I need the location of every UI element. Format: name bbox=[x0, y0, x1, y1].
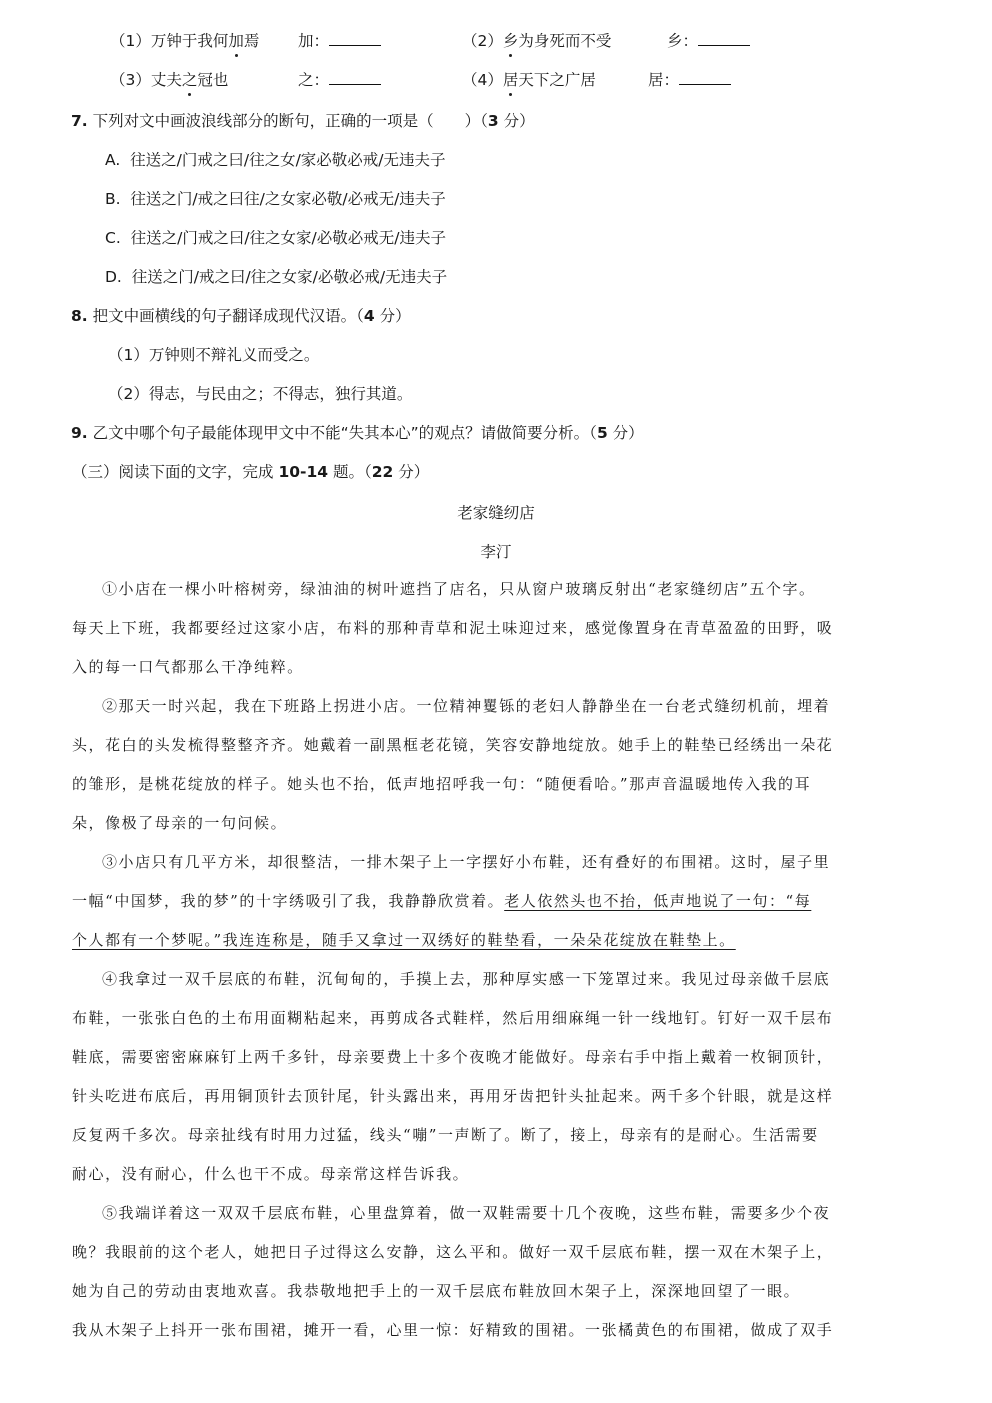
paragraph-1-line-3: 入的每一口气都那么干净纯粹。 bbox=[72, 657, 304, 677]
item-number: （2） bbox=[108, 385, 149, 403]
section-text: 题。（ bbox=[328, 463, 372, 481]
q6-item-4-answer: 居： bbox=[648, 70, 731, 90]
item-number: （3） bbox=[110, 71, 151, 89]
paragraph-1-line-2: 每天上下班，我都要经过这家小店，布料的那种青草和泥土味迎过来，感觉像置身在青草盈… bbox=[72, 618, 833, 638]
paragraph-2-line-4: 朵，像极了母亲的一句问候。 bbox=[72, 813, 287, 833]
answer-blank[interactable] bbox=[698, 31, 750, 46]
item-text: 得志，与民由之；不得志，独行其道。 bbox=[149, 385, 413, 403]
question-range: 10-14 bbox=[278, 463, 328, 481]
paragraph-4-line-3: 鞋底，需要密密麻麻钉上两千多针，母亲要费上十多个夜晚才能做好。母亲右手中指上戴着… bbox=[72, 1047, 833, 1067]
plain-text: 一幅“中国梦，我的梦”的十字绣吸引了我，我静静欣赏着。 bbox=[72, 892, 504, 910]
paragraph-3-line-3: 个人都有一个梦呢。”我连连称是，随手又拿过一双绣好的鞋垫看，一朵朵花绽放在鞋垫上… bbox=[72, 930, 736, 950]
item-text: 天下之广居 bbox=[518, 71, 596, 89]
item-text: 冠也 bbox=[197, 71, 228, 89]
paragraph-2-line-1: ②那天一时兴起，我在下班路上拐进小店。一位精神矍铄的老妇人静静坐在一台老式缝纫机… bbox=[102, 696, 830, 716]
paragraph-1-line-1: ①小店在一棵小叶榕树旁，绿油油的树叶遮挡了店名，只从窗户玻璃反射出“老家缝纫店”… bbox=[102, 579, 816, 599]
option-text: 往送之门/戒之曰往/之女家必敬/必戒无/违夫子 bbox=[130, 190, 445, 208]
underlined-sentence: 个人都有一个梦呢。”我连连称是，随手又拿过一双绣好的鞋垫看，一朵朵花绽放在鞋垫上… bbox=[72, 931, 736, 949]
question-8: 8. 把文中画横线的句子翻译成现代汉语。（4 分） bbox=[71, 306, 411, 326]
option-label: B. bbox=[105, 190, 121, 208]
option-text: 往送之门/戒之曰/往之女家/必敬必戒/无违夫子 bbox=[132, 268, 447, 286]
item-number: （4） bbox=[462, 71, 503, 89]
paragraph-5-line-1: ⑤我端详着这一双双千层底布鞋，心里盘算着，做一双鞋需要十几个夜晚，这些布鞋，需要… bbox=[102, 1203, 830, 1223]
answer-blank[interactable] bbox=[329, 31, 381, 46]
question-stem: 乙文中哪个句子最能体现甲文中不能“失其本心”的观点？请做简要分析。（ bbox=[93, 424, 597, 442]
q6-item-3: （3）丈夫之冠也 bbox=[110, 70, 228, 90]
item-text: 万钟则不辩礼义而受之。 bbox=[149, 346, 320, 364]
question-number: 9. bbox=[71, 424, 88, 442]
item-number: （2） bbox=[462, 32, 503, 50]
q7-option-d[interactable]: D. 往送之门/戒之曰/往之女家/必敬必戒/无违夫子 bbox=[105, 267, 447, 287]
question-score: 4 bbox=[364, 307, 375, 325]
emphasis-char: 之 bbox=[182, 70, 198, 90]
question-stem: 把文中画横线的句子翻译成现代汉语。（ bbox=[93, 307, 364, 325]
q6-item-2: （2）乡为身死而不受 bbox=[462, 31, 611, 51]
question-7: 7. 下列对文中画波浪线部分的断句，正确的一项是（ ）（3 分） bbox=[71, 111, 535, 131]
option-text: 往送之/门戒之曰/往之女/家必敬必戒/无违夫子 bbox=[130, 151, 445, 169]
section-3-heading: （三）阅读下面的文字，完成 10-14 题。（22 分） bbox=[72, 462, 429, 482]
score-suffix: 分） bbox=[499, 112, 535, 130]
question-number: 7. bbox=[71, 112, 88, 130]
q6-item-4: （4）居天下之广居 bbox=[462, 70, 596, 90]
q6-item-3-answer: 之： bbox=[298, 70, 381, 90]
item-number: （1） bbox=[108, 346, 149, 364]
paragraph-3-line-1: ③小店只有几平方米，却很整洁，一排木架子上一字摆好小布鞋，还有叠好的布围裙。这时… bbox=[102, 852, 830, 872]
item-text: 万钟于我何 bbox=[151, 32, 229, 50]
answer-blank[interactable] bbox=[329, 70, 381, 85]
answer-label: 之： bbox=[298, 71, 329, 89]
answer-label: 居： bbox=[648, 71, 679, 89]
q7-option-c[interactable]: C. 往送之/门戒之曰/往之女家/必敬必戒无/违夫子 bbox=[105, 228, 446, 248]
q8-item-1: （1）万钟则不辩礼义而受之。 bbox=[108, 345, 319, 365]
q7-option-a[interactable]: A. 往送之/门戒之曰/往之女/家必敬必戒/无违夫子 bbox=[105, 150, 446, 170]
q8-item-2: （2）得志，与民由之；不得志，独行其道。 bbox=[108, 384, 412, 404]
q6-item-1-answer: 加： bbox=[298, 31, 381, 51]
paragraph-6-line-1: 我从木架子上抖开一张布围裙，摊开一看，心里一惊：好精致的围裙。一张橘黄色的布围裙… bbox=[72, 1320, 833, 1340]
section-score: 22 bbox=[372, 463, 394, 481]
paragraph-2-line-2: 头，花白的头发梳得整整齐齐。她戴着一副黑框老花镜，笑容安静地绽放。她手上的鞋垫已… bbox=[72, 735, 833, 755]
paragraph-4-line-2: 布鞋，一张张白色的土布用面糊粘起来，再剪成各式鞋样，然后用细麻绳一针一线地钉。钉… bbox=[72, 1008, 833, 1028]
option-text: 往送之/门戒之曰/往之女家/必敬必戒无/违夫子 bbox=[131, 229, 446, 247]
paragraph-5-line-3: 她为自己的劳动由衷地欢喜。我恭敬地把手上的一双千层底布鞋放回木架子上，深深地回望… bbox=[72, 1281, 800, 1301]
answer-label: 加： bbox=[298, 32, 329, 50]
q6-item-2-answer: 乡： bbox=[667, 31, 750, 51]
article-title: 老家缝纫店 bbox=[0, 501, 992, 523]
option-label: D. bbox=[105, 268, 122, 286]
paragraph-4-line-6: 耐心，没有耐心，什么也干不成。母亲常这样告诉我。 bbox=[72, 1164, 469, 1184]
question-number: 8. bbox=[71, 307, 88, 325]
answer-label: 乡： bbox=[667, 32, 698, 50]
emphasis-char: 乡 bbox=[503, 31, 519, 51]
item-text: 为身死而不受 bbox=[518, 32, 611, 50]
emphasis-char: 居 bbox=[503, 70, 519, 90]
item-text: 焉 bbox=[244, 32, 260, 50]
section-text: （三）阅读下面的文字，完成 bbox=[72, 463, 278, 481]
q6-item-1: （1）万钟于我何加焉 bbox=[110, 31, 259, 51]
q7-option-b[interactable]: B. 往送之门/戒之曰往/之女家必敬/必戒无/违夫子 bbox=[105, 189, 446, 209]
paragraph-3-line-2: 一幅“中国梦，我的梦”的十字绣吸引了我，我静静欣赏着。老人依然头也不抬，低声地说… bbox=[72, 891, 811, 911]
option-label: C. bbox=[105, 229, 121, 247]
question-stem: 下列对文中画波浪线部分的断句，正确的一项是（ ）（ bbox=[93, 112, 488, 130]
question-9: 9. 乙文中哪个句子最能体现甲文中不能“失其本心”的观点？请做简要分析。（5 分… bbox=[71, 423, 644, 443]
question-score: 5 bbox=[597, 424, 608, 442]
emphasis-char: 加 bbox=[228, 31, 244, 51]
option-label: A. bbox=[105, 151, 120, 169]
item-number: （1） bbox=[110, 32, 151, 50]
score-suffix: 分） bbox=[608, 424, 644, 442]
score-suffix: 分） bbox=[375, 307, 411, 325]
question-score: 3 bbox=[488, 112, 499, 130]
paragraph-2-line-3: 的雏形，是桃花绽放的样子。她头也不抬，低声地招呼我一句：“随便看哈。”那声音温暖… bbox=[72, 774, 811, 794]
paragraph-4-line-4: 针头吃进布底后，再用铜顶针去顶针尾，针头露出来，再用牙齿把针头扯起来。两千多个针… bbox=[72, 1086, 833, 1106]
answer-blank[interactable] bbox=[679, 70, 731, 85]
paragraph-4-line-5: 反复两千多次。母亲扯线有时用力过猛，线头“嘣”一声断了。断了，接上，母亲有的是耐… bbox=[72, 1125, 819, 1145]
item-text: 丈夫 bbox=[151, 71, 182, 89]
score-suffix: 分） bbox=[393, 463, 429, 481]
paragraph-5-line-2: 晚？我眼前的这个老人，她把日子过得这么安静，这么平和。做好一双千层底布鞋，摆一双… bbox=[72, 1242, 833, 1262]
article-author: 李汀 bbox=[0, 540, 992, 562]
underlined-sentence: 老人依然头也不抬，低声地说了一句：“每 bbox=[504, 892, 811, 910]
paragraph-4-line-1: ④我拿过一双千层底的布鞋，沉甸甸的，手摸上去，那种厚实感一下笼罩过来。我见过母亲… bbox=[102, 969, 830, 989]
